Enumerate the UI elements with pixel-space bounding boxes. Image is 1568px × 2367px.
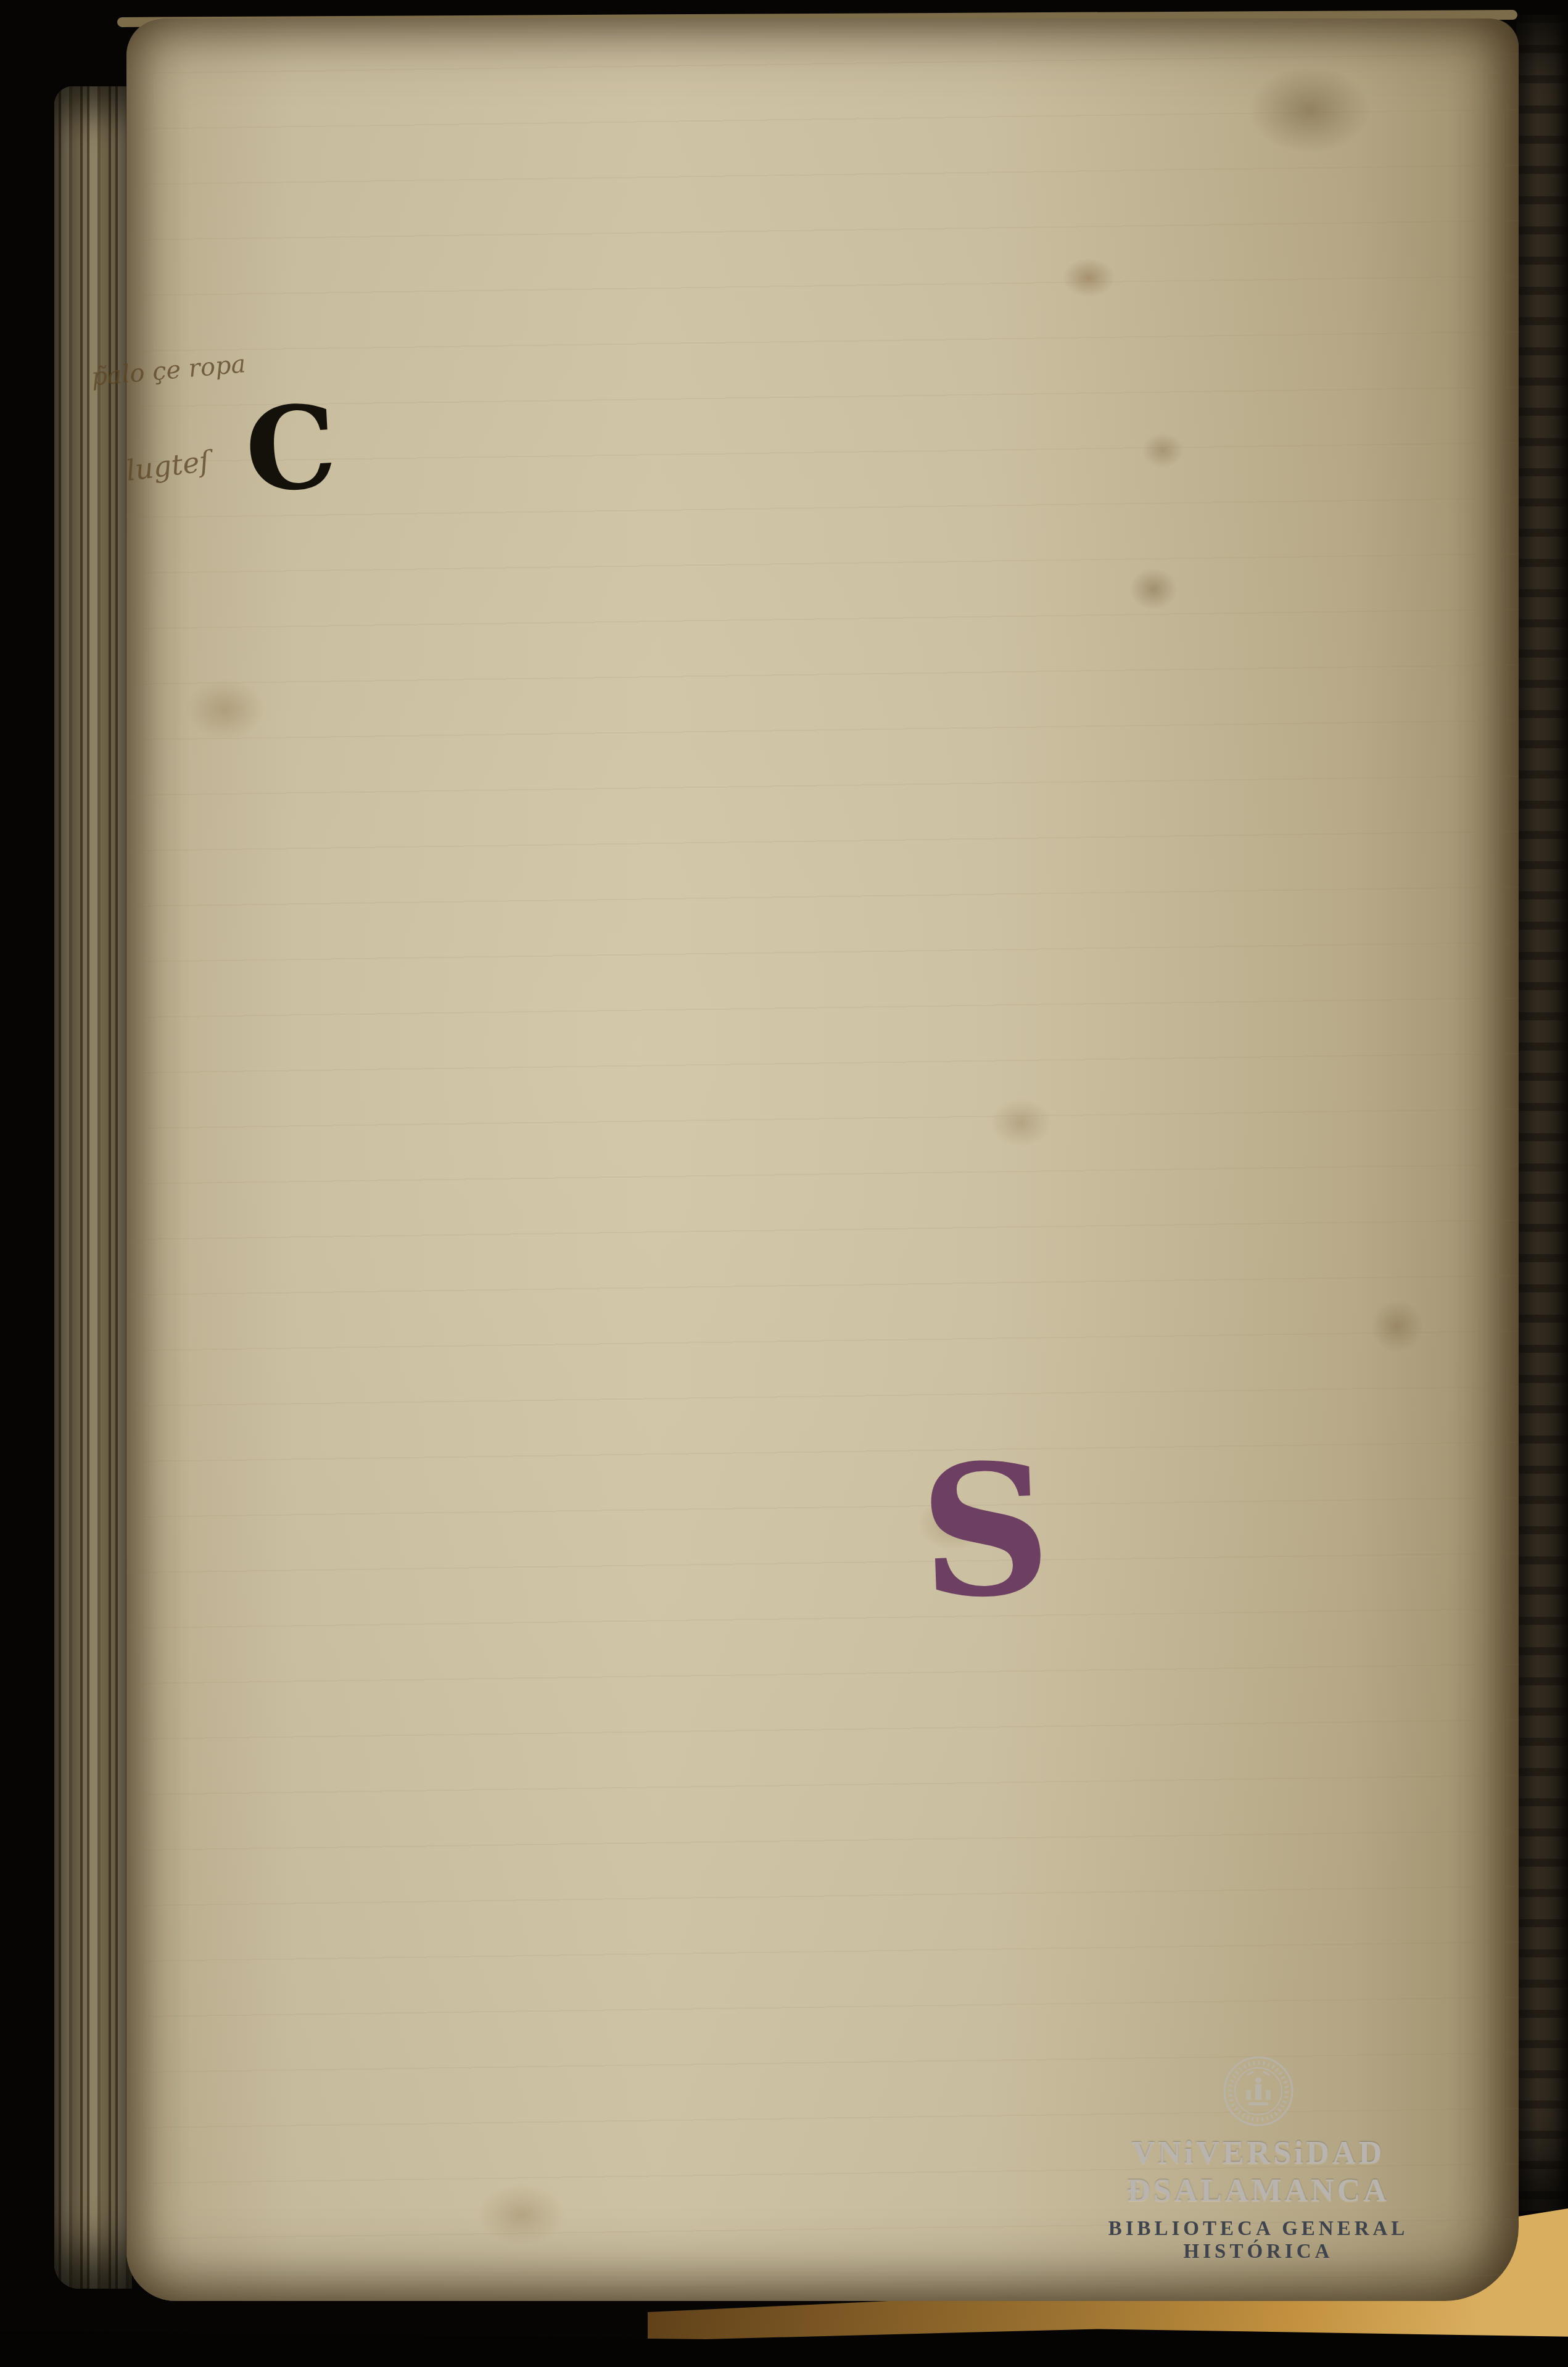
university-name-line2: ĐSALAMANCA — [1086, 2173, 1431, 2209]
ruling-lines — [126, 19, 1519, 2301]
illuminated-initial-s: S — [917, 1439, 1054, 1623]
library-watermark: VNiVERSiDAD ĐSALAMANCA BIBLIOTECA GENERA… — [1086, 2054, 1431, 2263]
library-name: BIBLIOTECA GENERAL HISTÓRICA — [1086, 2218, 1431, 2263]
parchment-page — [126, 19, 1519, 2301]
book-gutter-page-edges — [54, 86, 132, 2289]
university-name-line1: VNiVERSiDAD — [1086, 2135, 1431, 2171]
university-seal-icon — [1221, 2054, 1295, 2128]
next-page-edge — [1516, 15, 1568, 2211]
illuminated-initial-c: C — [242, 379, 339, 518]
manuscript-photo: p̃alo çe ropa lugteſ C S signa que facie… — [0, 0, 1568, 2367]
